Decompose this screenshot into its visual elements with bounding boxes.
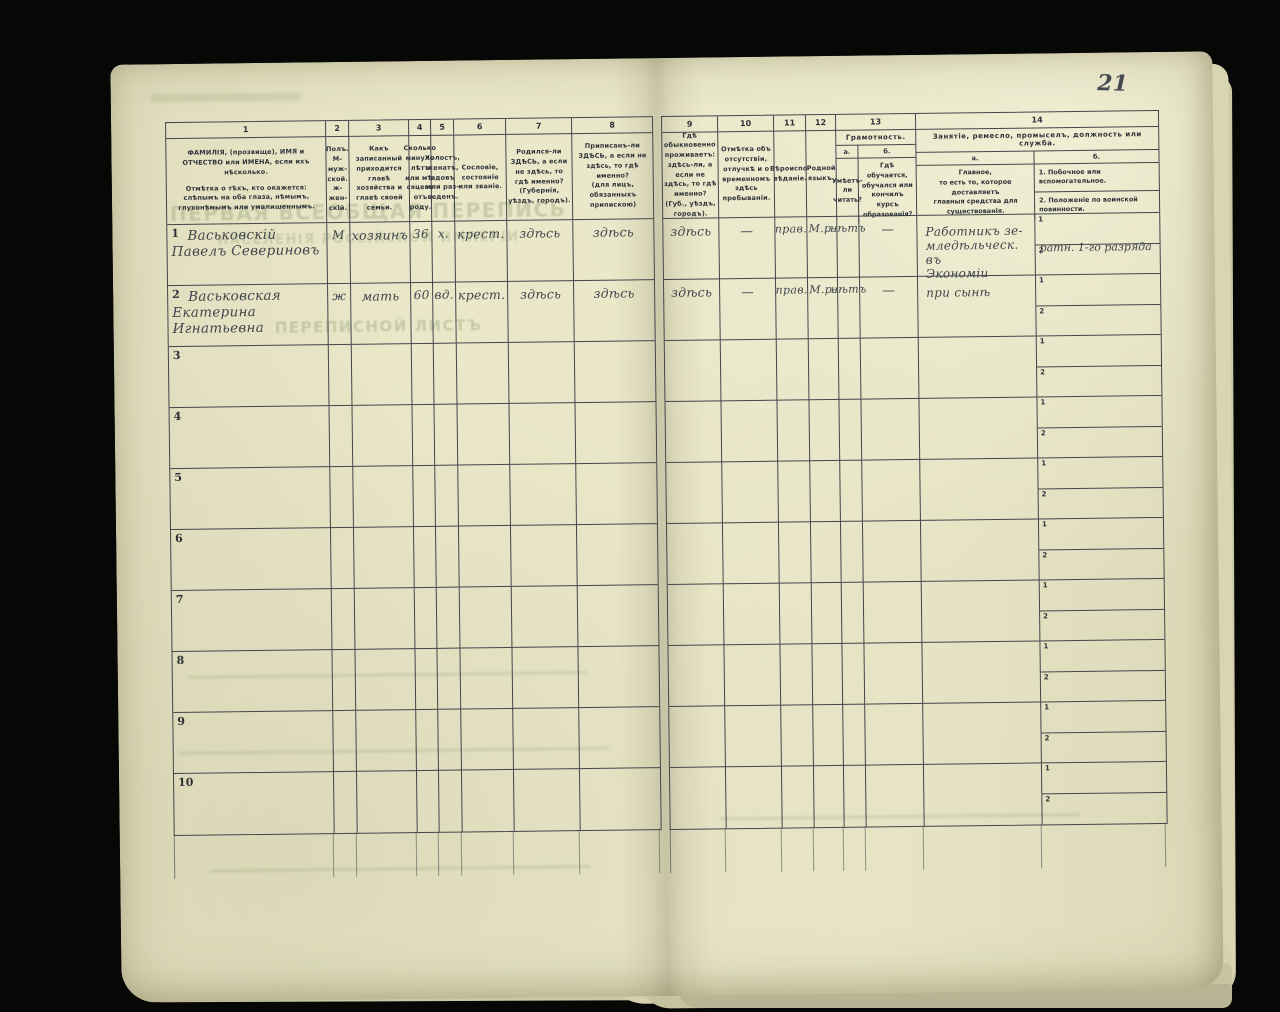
header-registration: Приписанъ-ли ЗДѢСЬ, а если не здѣсь, то … (572, 133, 653, 220)
header-birthplace: Родился-ли ЗДѢСЬ, а если не здѣсь, то гд… (506, 134, 573, 221)
cell-marital: х. (432, 222, 456, 283)
occupation-side-half: 2ратн. 1-го разряда (1036, 243, 1160, 274)
column-line-tail (924, 824, 1043, 869)
header-estate: Сословіе, состояніе или званіе. (454, 135, 507, 222)
row-number: 8 (177, 654, 185, 667)
cell-occupation-side: 12 (1038, 457, 1163, 520)
column-number-11: 11 (774, 115, 806, 131)
column-number-7: 7 (506, 118, 572, 135)
cell-born (510, 464, 577, 526)
cell-absence (721, 340, 778, 402)
cell-educated (863, 521, 922, 583)
header-occupation-a-label: а. (916, 151, 1034, 164)
cell-occupation-side: 12 (1041, 701, 1166, 764)
cell-occupation-side: 12 (1042, 762, 1167, 825)
cell-registered: здѣсь (574, 280, 655, 342)
cell-name: 6 (171, 528, 332, 591)
cell-age-text: 36 (413, 227, 429, 241)
cell-religion (778, 461, 811, 522)
cell-absence (724, 645, 781, 707)
cell-occupation-main (923, 702, 1042, 764)
cell-estate (462, 770, 515, 832)
cell-estate-text: крест. (457, 226, 505, 242)
cell-registered (580, 768, 661, 830)
cell-residence (665, 340, 722, 402)
occupation-side-half: 1 (1036, 274, 1160, 306)
cell-educated: — (859, 216, 918, 278)
subcell-marker: 2 (1042, 551, 1047, 559)
cell-read: нѣтъ (837, 217, 860, 278)
cell-educated-text: — (882, 282, 895, 297)
cell-occupation-main-text (920, 404, 930, 408)
occupation-side-half: 1 (1037, 335, 1161, 367)
column-line-tail (462, 831, 515, 876)
header-literacy-read: Умѣетъ- ли читать? (837, 159, 860, 224)
cell-estate (457, 343, 510, 405)
subcell-marker: 2 (1043, 612, 1048, 620)
cell-born (513, 708, 580, 770)
census-table-left-page: 1 2 3 4 5 6 7 8 ФАМИЛІЯ, (прозвище), ИМЯ… (165, 116, 662, 836)
census-form-spread: ПЕРВАЯ ВСЕОБЩАЯ ПЕРЕПИСЬ НАСЕЛЕНІЯ РОССІ… (110, 51, 1223, 1002)
column-line-tail (334, 833, 358, 877)
column-line-tail (357, 832, 418, 877)
cell-name: 2Васьковская Екатерина Игнатьевна (168, 284, 329, 347)
cell-age (417, 771, 440, 832)
cell-name-text: Васьковскій Павелъ Севериновъ (167, 223, 321, 260)
cell-language (812, 644, 843, 705)
occupation-side-half: 2 (1039, 487, 1163, 518)
occupation-side-half: 2 (1037, 365, 1161, 396)
cell-estate-text: крест. (458, 287, 506, 303)
subcell-marker: 1 (1039, 276, 1044, 284)
cell-absence (725, 706, 782, 768)
cell-age: 36 (410, 222, 433, 283)
column-line-tail (670, 828, 727, 873)
subcell-marker: 1 (1040, 337, 1045, 345)
cell-religion-text: прав. (775, 283, 807, 296)
cell-occupation-side: 12 (1040, 579, 1165, 642)
occupation-side-half: 1 (1040, 640, 1164, 672)
row-number: 5 (174, 471, 182, 484)
subcell-marker: 1 (1043, 642, 1048, 650)
cell-occupation-main (922, 641, 1041, 703)
cell-name-text: Васьковская Екатерина Игнатьевна (168, 284, 328, 337)
cell-language (813, 705, 844, 766)
column-line-tail (1042, 823, 1167, 869)
cell-relation: хозяинъ (350, 222, 411, 284)
cell-sex (334, 772, 358, 833)
cell-relation: мать (351, 283, 412, 345)
row-number: 4 (174, 410, 182, 423)
cell-occupation-side: 12 (1037, 396, 1162, 459)
cell-born (512, 586, 579, 648)
cell-occupation-main (921, 519, 1040, 581)
column-line-tails-left (174, 829, 661, 879)
header-literacy-b-label: б. (858, 145, 915, 158)
cell-relation-text: мать (362, 288, 400, 303)
occupation-side-half: 2 (1042, 793, 1166, 825)
cell-marital (438, 710, 462, 771)
cell-absence (721, 401, 778, 463)
cell-sex-text: ж (332, 289, 346, 303)
cell-educated (866, 765, 925, 827)
cell-religion (780, 583, 813, 644)
cell-occupation-main-text (922, 648, 932, 652)
cell-absence-text: — (741, 284, 754, 299)
cell-absence-text: — (740, 223, 753, 238)
cell-estate (460, 587, 513, 649)
cell-educated-text: — (881, 221, 894, 236)
subcell-marker: 1 (1043, 581, 1048, 589)
cell-born: здѣсь (507, 220, 574, 282)
cell-educated (865, 704, 924, 766)
row-number: 6 (175, 532, 183, 545)
subcell-marker: 2 (1042, 490, 1047, 498)
cell-registered (575, 341, 656, 403)
header-absence: Отмѣтка объ отсутствіи, отлучкѣ и о врем… (718, 132, 775, 219)
cell-sex (330, 467, 354, 528)
cell-estate (461, 709, 514, 771)
cell-registered-text: здѣсь (593, 224, 634, 240)
cell-absence (723, 523, 780, 585)
occupation-side-half: 1 (1037, 396, 1161, 428)
cell-educated: — (860, 277, 919, 339)
cell-marital (434, 344, 458, 405)
cell-age (416, 710, 439, 771)
column-line-tail (514, 830, 581, 875)
cell-read (840, 461, 863, 522)
cell-read (843, 705, 866, 766)
cell-occupation-side: 12ратн. 1-го разряда (1035, 213, 1160, 276)
subcell-marker: 2 (1040, 368, 1045, 376)
column-number-3: 3 (349, 120, 409, 137)
cell-relation (352, 405, 413, 467)
cell-estate: крест. (455, 221, 508, 283)
cell-relation (355, 649, 416, 711)
cell-residence: здѣсь (664, 279, 721, 341)
cell-occupation-main-text (924, 770, 934, 774)
cell-read (844, 766, 867, 827)
column-line-tail (417, 832, 440, 876)
cell-age-text: 60 (414, 288, 430, 302)
cell-residence (668, 645, 725, 707)
header-name-note: Отмѣтка о тѣхъ, кто окажется: слѣпымъ на… (170, 183, 323, 214)
cell-occupation-side: 12 (1036, 274, 1161, 337)
cell-absence: — (719, 218, 776, 280)
header-marital: Холостъ, женатъ, вдовъ или раз- веденъ. (431, 136, 455, 222)
cell-name: 3 (169, 345, 330, 408)
cell-absence (724, 584, 781, 646)
bleedthrough-mark (151, 92, 301, 102)
cell-name: 4 (170, 406, 331, 469)
column-number-6: 6 (454, 119, 506, 136)
cell-residence-text: здѣсь (671, 284, 712, 300)
cell-absence (726, 767, 783, 829)
cell-relation (357, 771, 418, 833)
cell-religion (777, 339, 810, 400)
occupation-side-half: 2 (1042, 731, 1166, 762)
column-line-tail (439, 832, 463, 876)
cell-religion: прав. (775, 217, 808, 278)
cell-occupation-main-text: при сынѣ (918, 281, 993, 300)
cell-name: 1Васьковскій Павелъ Севериновъ (167, 223, 328, 286)
cell-registered-text: здѣсь (594, 285, 635, 301)
cell-occupation-main (920, 458, 1039, 520)
column-number-10: 10 (718, 116, 774, 133)
row-number: 3 (173, 349, 181, 362)
column-line-tail (726, 828, 783, 873)
cell-relation (354, 527, 415, 589)
subcell-marker: 2 (1039, 307, 1044, 315)
row-number: 10 (178, 776, 193, 789)
column-number-1: 1 (166, 121, 326, 139)
column-number-12: 12 (806, 115, 836, 131)
cell-age (413, 466, 436, 527)
cell-relation (353, 466, 414, 528)
cell-relation-text: хозяинъ (352, 227, 409, 243)
cell-marital: вд. (433, 283, 457, 344)
cell-age (414, 527, 437, 588)
occupation-side-half: 2 (1040, 609, 1164, 640)
cell-occupation-main (919, 336, 1038, 398)
cell-registered (576, 463, 657, 525)
cell-religion (781, 705, 814, 766)
cell-educated (864, 643, 923, 705)
cell-occupation-side-text: ратн. 1-го разряда (1040, 240, 1152, 254)
cell-occupation-main-text: Работникъ зе- мледѣльческ. въ Экономіи (917, 219, 1035, 280)
cell-sex (332, 589, 356, 650)
header-relation: Какъ записанный приходится главѣ хозяйст… (349, 136, 410, 223)
cell-occupation-main (924, 763, 1043, 825)
cell-occupation-main-text (922, 587, 932, 591)
cell-name: 8 (172, 650, 333, 713)
cell-occupation-main-text (919, 343, 929, 347)
cell-born (511, 525, 578, 587)
cell-residence (665, 401, 722, 463)
cell-sex-text: М (332, 228, 345, 242)
column-line-tails-right (670, 823, 1167, 873)
cell-relation (352, 344, 413, 406)
occupation-side-half: 2 (1041, 670, 1165, 701)
cell-age (415, 588, 438, 649)
cell-name: 9 (173, 711, 334, 774)
cell-estate (459, 526, 512, 588)
cell-occupation-main: при сынѣ (918, 275, 1037, 337)
cell-sex (332, 650, 356, 711)
cell-residence (668, 584, 725, 646)
cell-religion (777, 400, 810, 461)
row-number: 9 (177, 715, 185, 728)
cell-marital (436, 527, 460, 588)
cell-registered: здѣсь (573, 219, 654, 281)
cell-language (810, 461, 841, 522)
cell-born-text: здѣсь (520, 286, 561, 302)
header-occupation-title: Занятіе, ремесло, промыселъ, должность и… (916, 127, 1158, 153)
column-number-5: 5 (431, 120, 454, 136)
cell-age (412, 344, 435, 405)
cell-occupation-side: 12 (1039, 518, 1164, 581)
cell-occupation-side: 12 (1037, 335, 1162, 398)
cell-occupation-main-text (920, 465, 930, 469)
cell-age (415, 649, 438, 710)
cell-religion: прав. (776, 278, 809, 339)
column-line-tail (844, 827, 867, 871)
cell-occupation-main (919, 397, 1038, 459)
occupation-side-half: 2 (1036, 304, 1160, 335)
cell-occupation-main: Работникъ зе- мледѣльческ. въ Экономіи (917, 214, 1036, 276)
column-line-tail (580, 829, 661, 874)
cell-language (812, 583, 843, 644)
header-occupation-b-label: б. (1034, 150, 1158, 164)
occupation-side-half: 1 (1038, 457, 1162, 489)
subcell-marker: 1 (1045, 764, 1050, 772)
occupation-side-half: 1 (1041, 701, 1165, 733)
cell-sex (329, 345, 353, 406)
cell-born: здѣсь (508, 281, 575, 343)
cell-sex (333, 711, 357, 772)
cell-religion-text: прав. (775, 222, 807, 235)
cell-religion (779, 522, 812, 583)
cell-occupation-side: 12 (1040, 640, 1165, 703)
subcell-marker: 1 (1040, 398, 1045, 406)
cell-name: 7 (172, 589, 333, 652)
header-literacy-group: Грамотность. а. б. Умѣетъ- ли читать? Гд… (836, 130, 917, 217)
cell-language (809, 400, 840, 461)
cell-registered (578, 646, 659, 708)
cell-residence (669, 706, 726, 768)
subcell-marker: 1 (1038, 215, 1043, 223)
cell-educated (864, 582, 923, 644)
cell-residence (670, 767, 727, 829)
cell-marital-text: вд. (434, 288, 453, 302)
cell-born (509, 342, 576, 404)
cell-marital (439, 771, 463, 832)
cell-residence-text: здѣсь (670, 223, 711, 239)
cell-born (514, 769, 581, 831)
subcell-marker: 2 (1044, 673, 1049, 681)
cell-occupation-main (922, 580, 1041, 642)
column-number-13: 13 (836, 114, 916, 131)
column-line-tail (814, 827, 845, 871)
row-number: 7 (176, 593, 184, 606)
header-occupation-main: Главное, то есть то, которое доставляетъ… (917, 164, 1036, 220)
subcell-marker: 1 (1042, 520, 1047, 528)
cell-language (814, 766, 845, 827)
cell-estate: крест. (456, 282, 509, 344)
subcell-marker: 2 (1045, 734, 1050, 742)
header-occupation-side: 1. Побочное или вспомогательное. 2. Поло… (1035, 163, 1160, 219)
subcell-marker: 1 (1044, 703, 1049, 711)
handwritten-page-number: 21 (1072, 70, 1153, 98)
cell-educated (861, 338, 920, 400)
header-literacy-education: Гдѣ обучается, обучался или кончилъ курс… (859, 158, 917, 223)
cell-occupation-main-text (921, 526, 931, 530)
cell-sex (329, 406, 353, 467)
occupation-side-half: 1 (1040, 579, 1164, 611)
subcell-marker: 2 (1041, 429, 1046, 437)
cell-relation (356, 710, 417, 772)
cell-registered (577, 524, 658, 586)
row-number: 2 (172, 288, 180, 301)
header-residence: Гдѣ обыкновенно проживаетъ: здѣсь-ли, а … (662, 132, 719, 219)
cell-age (412, 405, 435, 466)
cell-marital (434, 405, 458, 466)
cell-registered (578, 585, 659, 647)
occupation-side-half: 2 (1039, 548, 1163, 579)
header-literacy-a-label: а. (836, 146, 858, 158)
cell-occupation-main-text (923, 709, 933, 713)
header-occupation-side-1: 1. Побочное или вспомогательное. (1035, 163, 1159, 192)
header-occupation-group: Занятіе, ремесло, промыселъ, должность и… (916, 127, 1159, 216)
column-number-4: 4 (409, 120, 431, 136)
cell-religion (780, 644, 813, 705)
cell-read: нѣтъ (838, 278, 861, 339)
row-number: 1 (171, 227, 179, 240)
cell-educated (861, 399, 920, 461)
cell-name: 5 (170, 467, 331, 530)
cell-residence (666, 462, 723, 524)
cell-relation (355, 588, 416, 650)
cell-read (839, 339, 862, 400)
census-table-right-page: 9 10 11 12 13 14 Гдѣ обыкновенно прожива… (661, 110, 1168, 830)
cell-estate (458, 465, 511, 527)
header-literacy-title: Грамотность. (836, 130, 915, 146)
cell-born (509, 403, 576, 465)
cell-marital-text: х. (438, 227, 449, 241)
cell-educated (862, 460, 921, 522)
cell-residence (667, 523, 724, 585)
cell-age: 60 (411, 283, 434, 344)
cell-marital (435, 466, 459, 527)
cell-born-text: здѣсь (519, 225, 560, 241)
subcell-marker: 1 (1041, 459, 1046, 467)
cell-religion (782, 766, 815, 827)
occupation-side-half: 2 (1038, 426, 1162, 457)
cell-marital (437, 588, 461, 649)
cell-sex: ж (328, 284, 352, 345)
cell-sex (331, 528, 355, 589)
cell-read (839, 400, 862, 461)
header-sex: Полъ. М-муж- ской. ж-жен- скій. (326, 137, 350, 223)
cell-language (811, 522, 842, 583)
column-line-tail (174, 833, 335, 879)
header-name-main: ФАМИЛІЯ, (прозвище), ИМЯ и ОТЧЕСТВО или … (169, 147, 322, 178)
cell-language (809, 339, 840, 400)
column-line-tail (866, 826, 925, 871)
cell-registered (579, 707, 660, 769)
occupation-side-half: 1 (1042, 762, 1166, 795)
column-line-tail (782, 827, 815, 871)
cell-absence: — (720, 279, 777, 341)
cell-name: 10 (174, 772, 335, 835)
cell-read (841, 522, 864, 583)
column-number-2: 2 (326, 121, 349, 137)
cell-absence (722, 462, 779, 524)
cell-marital (437, 649, 461, 710)
column-number-8: 8 (572, 117, 652, 134)
cell-residence: здѣсь (663, 218, 720, 280)
header-name-column: ФАМИЛІЯ, (прозвище), ИМЯ и ОТЧЕСТВО или … (166, 137, 327, 225)
cell-registered (575, 402, 656, 464)
header-religion: Вѣроиспо- вѣданіе. (774, 131, 807, 217)
cell-read (842, 644, 865, 705)
cell-sex: М (327, 223, 351, 284)
subcell-marker: 2 (1045, 795, 1050, 803)
cell-estate (460, 648, 513, 710)
cell-born (512, 647, 579, 709)
occupation-side-half: 1 (1039, 518, 1163, 550)
cell-estate (457, 404, 510, 466)
